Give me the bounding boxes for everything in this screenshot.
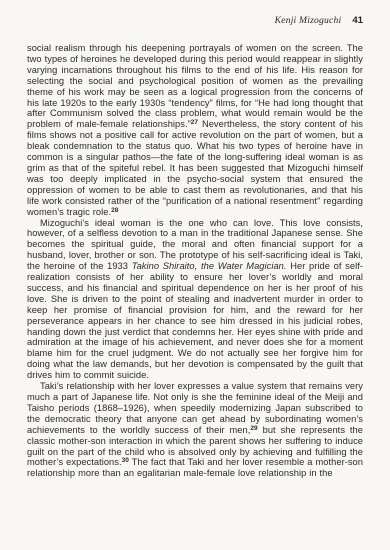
footnote-ref: 27 [191,119,198,126]
paragraph: Mizoguchi’s ideal woman is the one who c… [27,218,363,382]
paragraph: Taki’s relationship with her lover expre… [27,381,363,479]
page-number: 41 [352,15,363,26]
footnote-ref: 29 [250,425,257,432]
running-head: Kenji Mizoguchi 41 [27,15,363,26]
footnote-ref: 30 [122,457,129,464]
paragraph: social realism through his deepening por… [27,43,363,218]
text-run: social realism through his deepening por… [27,43,363,129]
running-title: Kenji Mizoguchi [275,15,342,26]
book-page: Kenji Mizoguchi 41 social realism throug… [0,0,390,550]
film-title-italic: Takino Shiraito, the Water Magician. [132,261,287,271]
text-run: Nevertheless, the story content of his f… [27,119,363,216]
footnote-ref: 28 [111,207,118,214]
text-run: Her pride of self-realization consists o… [27,261,363,380]
page-body: social realism through his deepening por… [27,43,363,479]
